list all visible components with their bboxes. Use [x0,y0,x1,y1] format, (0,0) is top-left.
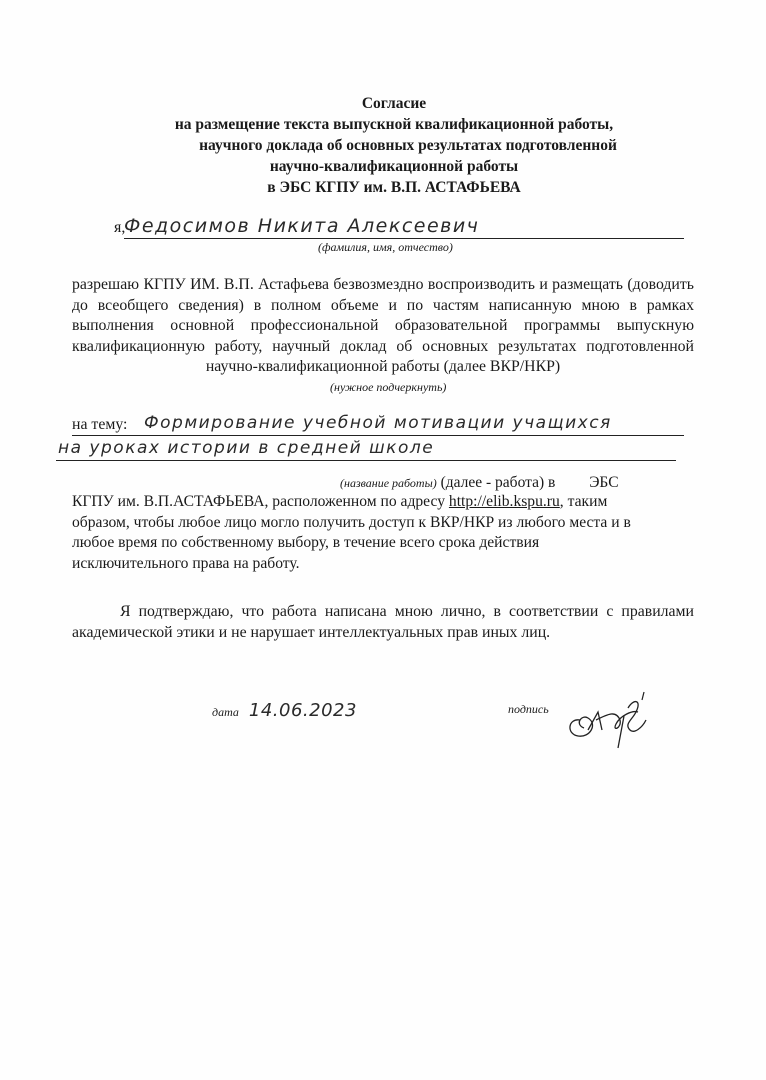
topic-field-continued: на уроках истории в средней школе [56,425,676,461]
handwritten-topic-line2: на уроках истории в средней школе [58,438,434,458]
title-line: в ЭБС КГПУ им. В.П. АСТАФЬЕВА [0,177,766,198]
name-field: я, Федосимов Никита Алексеевич [114,213,684,239]
publish-text: , таким [560,493,608,510]
topic-underline [56,460,676,461]
underline-caption: (нужное подчеркнуть) [330,380,446,395]
document-page: Согласие на размещение текста выпускной … [0,0,766,1080]
title-line: научного доклада об основных результатах… [0,135,766,156]
title-line: научно-квалификационной работы [0,156,766,177]
publish-line: образом, чтобы любое лицо могло получить… [72,513,672,534]
handwritten-date: 14.06.2023 [249,700,357,721]
document-title: Согласие на размещение текста выпускной … [0,93,766,198]
publish-text: КГПУ им. В.П.АСТАФЬЕВА, расположенном по… [72,493,449,510]
signature-field: подпись [508,700,549,718]
name-underline [124,238,684,239]
permission-paragraph: разрешаю КГПУ ИМ. В.П. Астафьева безвозм… [72,275,694,378]
publish-line: любое время по собственному выбору, в те… [72,533,672,554]
name-caption: (фамилия, имя, отчество) [318,240,453,255]
title-line: на размещение текста выпускной квалифика… [0,114,766,135]
publish-paragraph: КГПУ им. В.П.АСТАФЬЕВА, расположенном по… [72,492,672,574]
work-caption-rest: (далее - работа) в [441,474,556,491]
work-title-caption: (название работы) [340,476,437,490]
library-link[interactable]: http://elib.kspu.ru [449,493,560,510]
signature-icon [558,690,658,750]
work-caption: (название работы) (далее - работа) в ЭБС [340,474,619,492]
title-line: Согласие [0,93,766,114]
date-label: дата [212,705,239,719]
ebs-word: ЭБС [589,474,618,491]
signature-label: подпись [508,702,549,716]
handwritten-name: Федосимов Никита Алексеевич [124,215,479,237]
publish-line: исключительного права на работу. [72,554,672,575]
publish-line: КГПУ им. В.П.АСТАФЬЕВА, расположенном по… [72,492,672,513]
confirmation-paragraph: Я подтверждаю, что работа написана мною … [72,602,694,643]
date-field: дата 14.06.2023 [212,700,357,721]
